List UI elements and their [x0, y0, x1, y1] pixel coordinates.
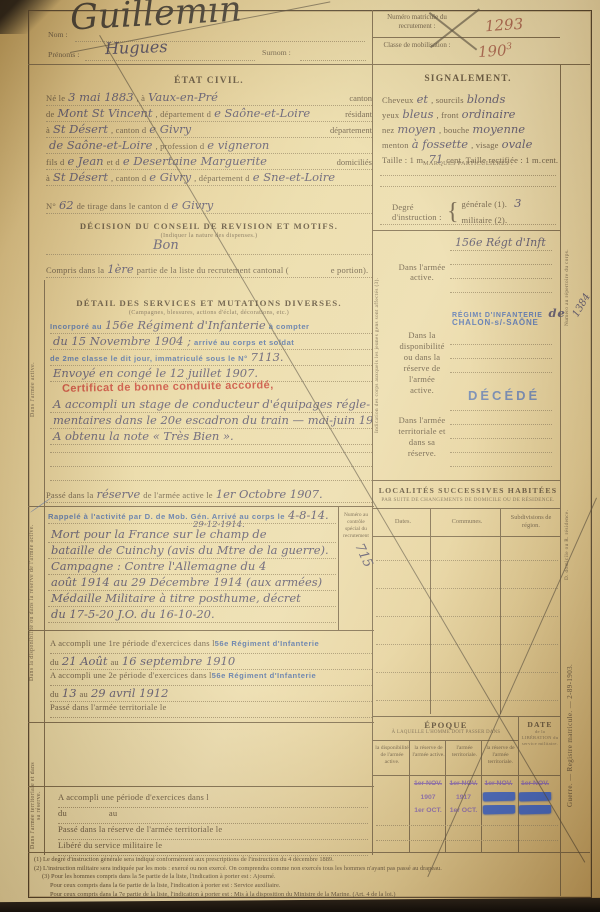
- date-title: DATE: [520, 720, 560, 729]
- rule: [28, 64, 590, 65]
- surnom-label: Surnom :: [262, 48, 291, 57]
- rule: [450, 466, 552, 467]
- corps-active-label: Dans l'armée active.: [396, 262, 448, 282]
- rule: [372, 37, 560, 38]
- rule: [372, 230, 560, 231]
- rule: [450, 278, 552, 279]
- brace-glyph: {: [447, 202, 459, 222]
- rule: [376, 840, 558, 841]
- rule: [450, 452, 552, 453]
- rule: [376, 700, 558, 701]
- rule: [450, 344, 552, 345]
- rule: [85, 60, 255, 61]
- epoque-col-1: la disponibilité de l'armée active.: [374, 743, 410, 768]
- repertoire-vertical-label: Numéro au répertoire du corps.: [564, 238, 576, 338]
- rule: [28, 630, 374, 631]
- rule: [372, 480, 560, 481]
- epoque-subtitle: À LAQUELLE L'HOMME DOIT PASSER DANS: [374, 730, 518, 735]
- signalement-title: SIGNALEMENT.: [378, 74, 558, 84]
- date-header: DATE de la LIBÉRATION du service militai…: [520, 720, 560, 747]
- classe-box: Classe de mobilisation :: [374, 41, 460, 50]
- corps-dispo-label: Dans la disponibilité ou dans la réserve…: [396, 330, 448, 396]
- degre-generale-value: 3: [514, 196, 521, 210]
- rappel-body: Mort pour la France sur le champ debatai…: [48, 527, 336, 623]
- rule: [450, 250, 552, 251]
- rule: [450, 292, 552, 293]
- periode-2: A accompli une 2e période d'exercices da…: [50, 670, 372, 702]
- rule: [376, 616, 558, 617]
- rule: [450, 410, 552, 411]
- footnotes: (1) Le degré d'instruction générale sera…: [34, 856, 586, 899]
- rule: [300, 60, 366, 61]
- tirage-line: N°62de tirage dans le canton de Givry: [46, 198, 372, 214]
- degre-generale-label: générale (1).: [462, 199, 508, 209]
- decision-value: Bon: [153, 238, 179, 253]
- passe-reserve-line: Passé dans laréservede l'armée active le…: [46, 487, 372, 503]
- stage-lines: A accompli un stage de conducteur d'équi…: [50, 397, 372, 445]
- rule: [430, 508, 431, 714]
- passe-territoriale-line: Passé dans l'armée territoriale le: [50, 702, 372, 718]
- services-entries: Incorporé au156e Régiment d'Infanterieà …: [50, 318, 372, 382]
- periode-1: A accompli une 1re période d'exercices d…: [50, 638, 372, 670]
- rule: [372, 508, 560, 509]
- date-subtitle: de la LIBÉRATION du service militaire.: [520, 729, 560, 747]
- rule: [28, 722, 374, 723]
- services-title: DÉTAIL DES SERVICES ET MUTATIONS DIVERSE…: [46, 298, 372, 308]
- etat-civil-lines: Né le3 mai 1883, àVaux-en-PrécantondeMon…: [46, 90, 372, 186]
- nom-label: Nom :: [48, 30, 68, 39]
- bottom-left-lines: A accompli une période d'exercices dans …: [58, 792, 368, 856]
- epoque-col-2: la réserve de l'armée active.: [411, 743, 446, 761]
- rule: [450, 424, 552, 425]
- chalon-stamp-line2: CHALON-s/-SAÔNE: [452, 318, 539, 327]
- rule: [372, 10, 373, 855]
- rule: [338, 506, 339, 630]
- controle-special-label: Numéro au contrôle spécial du recrutemen…: [340, 512, 372, 540]
- localites-subtitle: PAR SUITE DE CHANGEMENTS DE DOMICILE OU …: [378, 497, 558, 503]
- signalement-rows: Cheveuxet, sourcilsblondsyeuxbleus, fron…: [382, 92, 558, 167]
- epoque-col-3: l'armée territoriale.: [447, 743, 482, 761]
- epoque-col-4: la réserve de l'armée territoriale.: [482, 743, 519, 768]
- rule: [50, 452, 372, 453]
- rule: [372, 536, 560, 537]
- footnote-2: (2) L'instruction militaire sera indiqué…: [34, 865, 586, 874]
- classe-label: Classe de mobilisation :: [374, 41, 460, 50]
- rule: [450, 372, 552, 373]
- marques-label: MARQUES PARTICULIÈRES :: [378, 160, 558, 167]
- rule: [450, 264, 552, 265]
- footnote-4: Pour ceux compris dans la 6e partie de l…: [34, 882, 586, 891]
- rule: [380, 224, 556, 225]
- corps-vertical-label: Indication des corps auxquels les jeunes…: [374, 235, 386, 475]
- footnote-3: (3) Pour les hommes compris dans la 5e p…: [34, 873, 586, 882]
- rule: [560, 64, 561, 896]
- decision-subtitle: (Indiquer la nature des dispenses.): [46, 232, 372, 239]
- rule: [46, 254, 372, 255]
- rule: [450, 358, 552, 359]
- localites-col-subdivisions: Subdivisions de région.: [502, 512, 560, 532]
- classe-value: 1903: [477, 41, 513, 61]
- photo-bottom-edge: [0, 898, 600, 912]
- rule: [28, 786, 374, 787]
- corps-active-value: 156e Régt d'Inft: [455, 236, 546, 249]
- rappel-stamp-line: Rappelé à l'activité par D. de Mob. Gén.…: [48, 508, 336, 524]
- rule: [376, 672, 558, 673]
- compris-line: Compris dans la1èrepartie de la liste du…: [46, 262, 372, 278]
- rule: [372, 775, 560, 776]
- decede-stamp: DÉCÉDÉ: [468, 388, 540, 403]
- localites-col-communes: Communes.: [432, 516, 502, 528]
- footnote-1: (1) Le degré d'instruction générale sera…: [34, 856, 586, 865]
- margin-label-territoriale: Dans l'armée territoriale et dans sa rés…: [30, 760, 45, 852]
- rule: [50, 480, 372, 481]
- services-subtitle: (Campagnes, blessures, actions d'éclat, …: [46, 309, 372, 316]
- rule: [376, 588, 558, 589]
- rule: [376, 560, 558, 561]
- rule: [50, 466, 372, 467]
- localites-title: LOCALITÉS SUCCESSIVES HABITÉES: [378, 486, 558, 495]
- corps-territoriale-label: Dans l'armée territoriale et dans sa rés…: [396, 415, 448, 459]
- margin-label-armee-active: Dans l'armée active.: [30, 300, 43, 480]
- rule: [450, 438, 552, 439]
- rule: [380, 175, 556, 176]
- rule: [500, 508, 501, 714]
- matricule-value: 1293: [484, 15, 523, 36]
- registre-matricule-page: Nom : Prénoms : Surnom : Guillemin Hugue…: [0, 0, 600, 912]
- rule: [372, 716, 560, 717]
- epoque-table-rows: 1er NOV.1er NOV.1er NOV.1er NOV.19071917…: [374, 777, 560, 818]
- margin-label-disponibilite: Dans la disponibilité ou dans la réserve…: [29, 505, 44, 700]
- rule: [380, 186, 556, 187]
- etat-civil-title: ÉTAT CIVIL.: [46, 76, 372, 86]
- rule: [28, 506, 374, 507]
- degre-label: Degré d'instruction :: [392, 202, 444, 222]
- rule: [376, 825, 558, 826]
